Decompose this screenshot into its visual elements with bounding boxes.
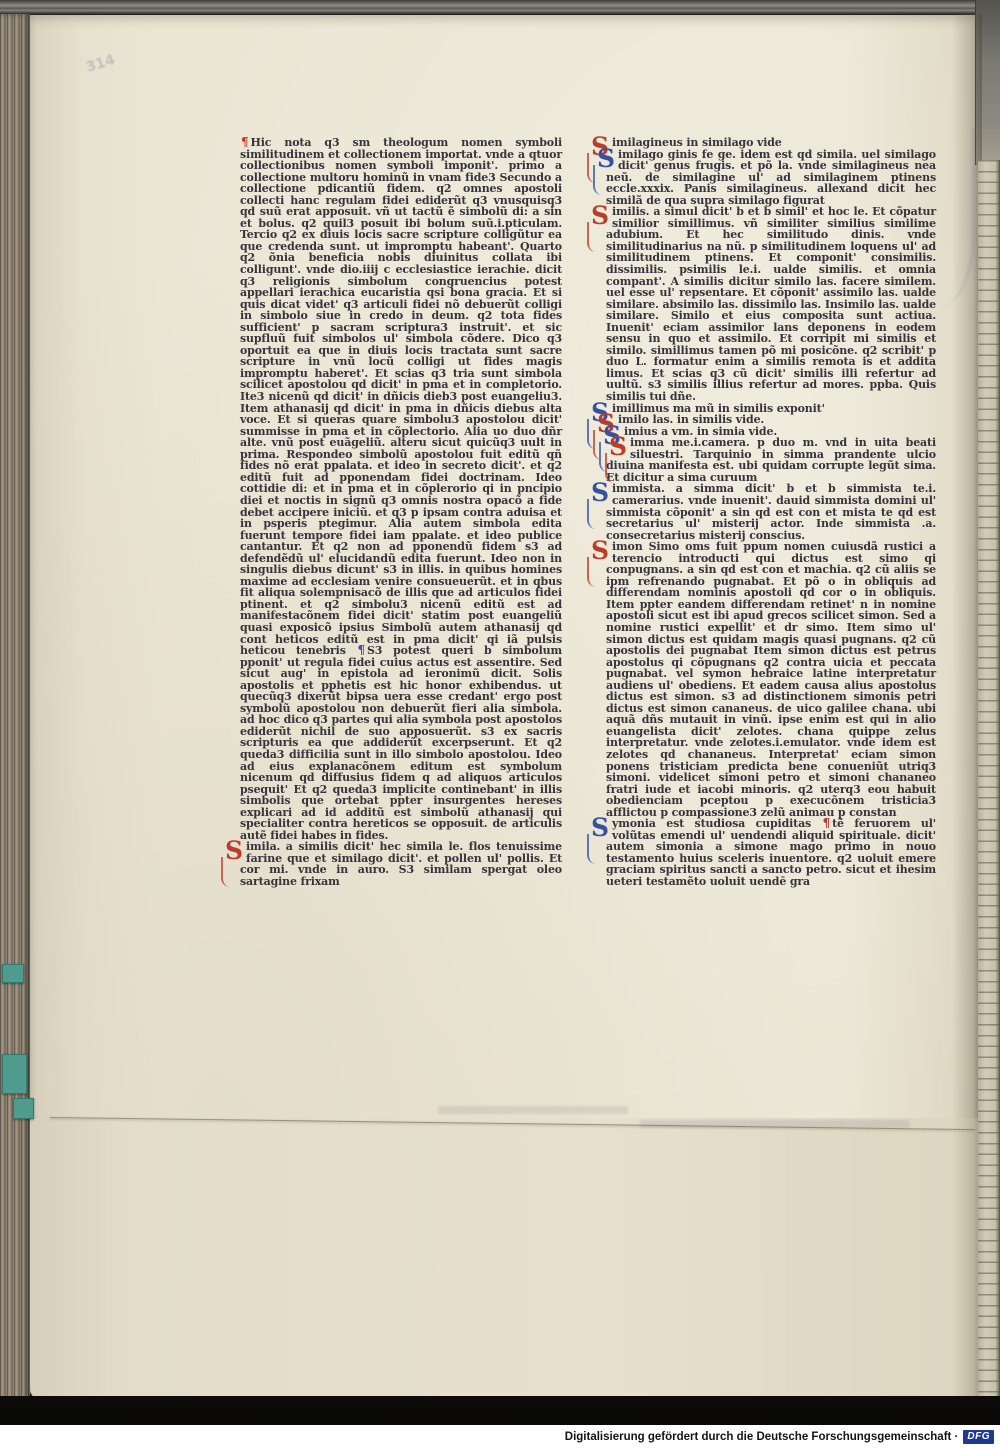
bookmark-tab xyxy=(2,964,24,983)
lombard-initial-red: S xyxy=(609,437,626,458)
show-through-text xyxy=(640,1120,910,1128)
scanned-book-page: 314 ¶Hic nota q3 sm theologum nomen symb… xyxy=(0,0,1000,1448)
lombard-initial-red: S xyxy=(591,206,608,227)
lombard-initial-red: S xyxy=(225,841,242,862)
underlying-blank-leaf xyxy=(30,1118,980,1405)
text-column-right: Similagineus in similago videSimilago gi… xyxy=(606,137,936,1107)
paragraph-mark-blue: ¶ xyxy=(357,643,368,657)
lombard-initial-blue: S xyxy=(591,483,608,504)
paragraph-mark-red: ¶ xyxy=(240,135,251,149)
right-column-entry: Simon Simo oms fuit ppum nomen cuiusdã r… xyxy=(606,541,936,818)
facing-page-edge-text xyxy=(978,160,1000,1398)
lombard-initial-blue: S xyxy=(591,818,608,839)
left-column-entry: ¶Hic nota q3 sm theologum nomen symboli … xyxy=(240,137,562,841)
credit-text: Digitalisierung gefördert durch die Deut… xyxy=(565,1431,959,1443)
lombard-initial-red: S xyxy=(591,541,608,562)
left-column-entry: Simila. a similis dicit' hec simila le. … xyxy=(240,841,562,887)
bookmark-tab xyxy=(13,1098,34,1119)
scan-top-edge xyxy=(0,0,1000,15)
bookmark-tab xyxy=(2,1054,27,1094)
right-column-entry: Simmista. a simma dicit' b et b simmista… xyxy=(606,483,936,541)
book-page-edges-left xyxy=(0,14,30,1404)
text-column-left: ¶Hic nota q3 sm theologum nomen symboli … xyxy=(240,137,562,1119)
paragraph-mark-red: ¶ xyxy=(822,816,833,830)
right-column-entry: Symonia est studiosa cupiditas ¶tẽ feruo… xyxy=(606,818,936,887)
scan-background-bottom xyxy=(0,1396,1000,1426)
right-column-entry: Similagineus in similago vide xyxy=(606,137,936,149)
lombard-initial-blue: S xyxy=(597,149,614,170)
dfg-logo: DFG xyxy=(963,1430,994,1444)
right-column-entry: Simma me.i.camera. p duo m. vnd in uita … xyxy=(606,437,936,483)
right-column-entry: Similago ginis fe ge. idem est qd simila… xyxy=(606,149,936,207)
digitization-credit-bar: Digitalisierung gefördert durch die Deut… xyxy=(0,1425,1000,1448)
right-column-entry: Similo las. in similis vide. xyxy=(606,414,936,426)
right-column-entry: Similis. a simul dicit' b et b simil' et… xyxy=(606,206,936,402)
